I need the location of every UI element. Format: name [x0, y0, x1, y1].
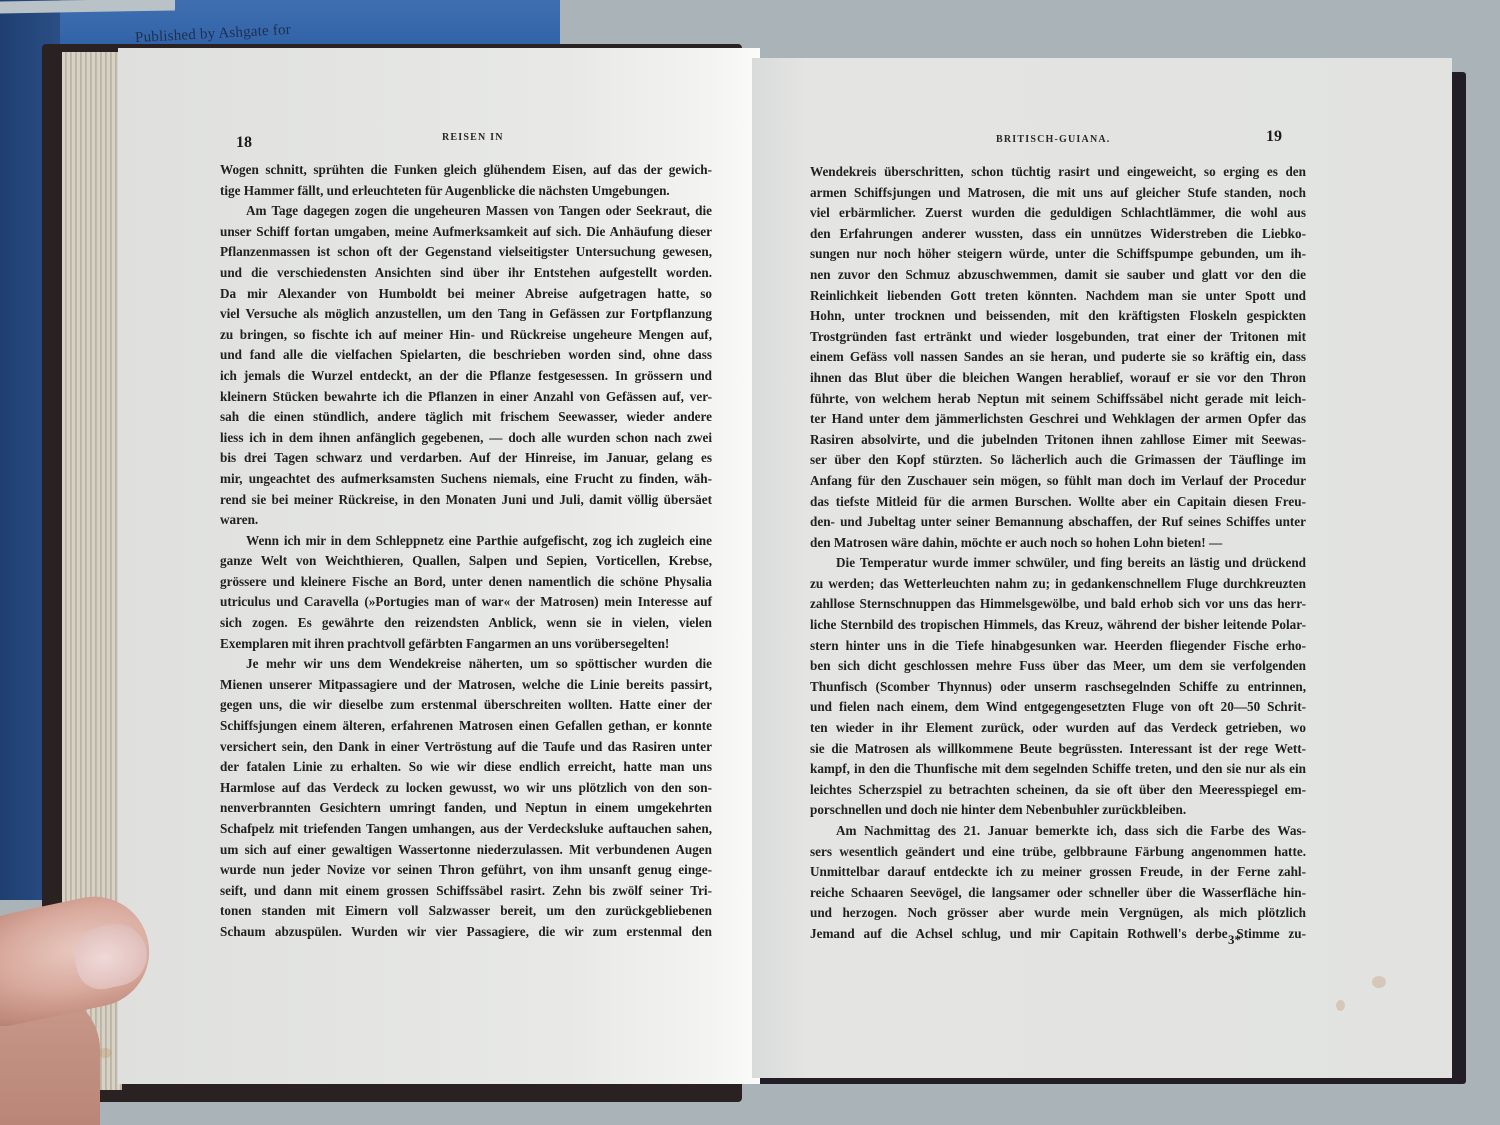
text-line: sah die einen stündlich, andere täglich … — [220, 407, 712, 428]
text-line: Die Temperatur wurde immer schwüler, und… — [810, 553, 1306, 574]
text-line: tige Hammer fällt, und erleuchteten für … — [220, 181, 712, 202]
text-line: den- und Jubeltag unter seiner Bemannung… — [810, 512, 1306, 533]
text-line: und fielen nach einem, dem Wind entgegen… — [810, 697, 1306, 718]
text-line: sie die Matrosen als willkommene Beute b… — [810, 739, 1306, 760]
text-line: kampf, in den die Thunfische mit dem seg… — [810, 759, 1306, 780]
text-line: nen zuvor den Schmuz abzuschwemmen, dami… — [810, 265, 1306, 286]
text-line: den Erfahrungen anderer wussten, dass ei… — [810, 224, 1306, 245]
text-line: tonen standen mit Eimern voll Salzwasser… — [220, 901, 712, 922]
text-line: sungen nur noch höher steigern würde, un… — [810, 244, 1306, 265]
text-line: liche Sternbild des tropischen Himmels, … — [810, 615, 1306, 636]
text-line: waren. — [220, 510, 712, 531]
text-line: der fatalen Linie zu erhalten. So wie wi… — [220, 757, 712, 778]
running-head: REISEN IN — [442, 132, 504, 143]
text-line: Reinlichkeit liebenden Gott treten könnt… — [810, 286, 1306, 307]
text-line: zahllose Sternschnuppen das Himmelsgewöl… — [810, 594, 1306, 615]
text-line: mir, ungeachtet des aufmerksamsten Suche… — [220, 469, 712, 490]
text-line: gegen uns, die wir dieselbe zum erstenma… — [220, 695, 712, 716]
text-line: leichtes Scherzspiel zu betrachten schei… — [810, 780, 1306, 801]
text-line: und die verschiedensten Ansichten sind ü… — [220, 263, 712, 284]
right-page-body-text: Wendekreis überschritten, schon tüchtig … — [810, 162, 1306, 945]
text-line: zu bringen, so fischte ich auf meiner Hi… — [220, 325, 712, 346]
text-line: kleinern Stücken bewahrte ich die Pflanz… — [220, 387, 712, 408]
left-page[interactable]: 18 REISEN IN Wogen schnitt, sprühten die… — [118, 48, 760, 1084]
text-line: Wendekreis überschritten, schon tüchtig … — [810, 162, 1306, 183]
text-line: ich jemals die Wurzel entdeckt, an der d… — [220, 366, 712, 387]
text-line: Schiffsjungen einem älteren, erfahrenen … — [220, 716, 712, 737]
text-line: Trostgründen fast ertränkt und wieder lo… — [810, 327, 1306, 348]
text-line: führte, von welchem herab Neptun mit sei… — [810, 389, 1306, 410]
text-line: Harmlose auf das Verdeck zu locken gewus… — [220, 778, 712, 799]
text-line: sich zogen. Es gewährte den reizendsten … — [220, 613, 712, 634]
text-line: utriculus und Caravella (»Portugies man … — [220, 592, 712, 613]
text-line: viel erbärmlicher. Zuerst wurden die ged… — [810, 203, 1306, 224]
text-line: ter Hand unter dem jämmerlichsten Geschr… — [810, 409, 1306, 430]
text-line: Wenn ich mir in dem Schleppnetz eine Par… — [220, 531, 712, 552]
text-line: ser über den Kopf stürzten. So lächerlic… — [810, 450, 1306, 471]
text-line: um sich auf einer gewaltigen Wassertonne… — [220, 840, 712, 861]
text-line: Thunfisch (Scomber Thynnus) oder unserm … — [810, 677, 1306, 698]
text-line: ihnen das Blut über die bleichen Wangen … — [810, 368, 1306, 389]
text-line: das tiefste Mitleid für die armen Bursch… — [810, 492, 1306, 513]
text-line: rend sie bei meiner Rückreise, in den Mo… — [220, 490, 712, 511]
text-line: Anfang für den Zuschauer sein mögen, so … — [810, 471, 1306, 492]
text-line: und herzogen. Noch grösser aber wurde me… — [810, 903, 1306, 924]
text-line: zu werden; das Wetterleuchten nahm zu; i… — [810, 574, 1306, 595]
page-number: 19 — [1266, 128, 1282, 146]
text-line: viel Versuche als möglich anzustellen, u… — [220, 304, 712, 325]
text-line: sers wesentlich geändert und eine trübe,… — [810, 842, 1306, 863]
signature-mark: 3* — [1228, 932, 1241, 948]
text-line: seift, und dann mit einem grossen Schiff… — [220, 881, 712, 902]
text-line: nenverbrannten Gesichtern umringt fanden… — [220, 798, 712, 819]
right-page[interactable]: BRITISCH-GUIANA. 19 Wendekreis überschri… — [752, 58, 1452, 1078]
text-line: Schaum abzuspülen. Wurden wir vier Passa… — [220, 922, 712, 943]
text-line: stern hinter uns in die Tiefe hinabgesun… — [810, 636, 1306, 657]
text-line: Je mehr wir uns dem Wendekreise näherten… — [220, 654, 712, 675]
text-line: einem Gefäss voll nassen Sandes an sie h… — [810, 347, 1306, 368]
paper-stain — [98, 1048, 112, 1058]
text-line: grössere und kleinere Fische an Bord, un… — [220, 572, 712, 593]
text-line: Unmittelbar darauf entdeckte ich zu mein… — [810, 862, 1306, 883]
running-head: BRITISCH-GUIANA. — [996, 134, 1111, 145]
text-line: unser Schiff fortan umgaben, meine Aufme… — [220, 222, 712, 243]
paper-stain — [1336, 1000, 1345, 1011]
text-line: ben sich dicht geschlossen mehre Fuss üb… — [810, 656, 1306, 677]
text-line: ten wieder in ihr Element zurück, oder w… — [810, 718, 1306, 739]
text-line: Exemplaren mit ihren prachtvoll gefärbte… — [220, 634, 712, 655]
text-line: Am Tage dagegen zogen die ungeheuren Mas… — [220, 201, 712, 222]
text-line: Schafpelz mit triefenden Tangen umhangen… — [220, 819, 712, 840]
text-line: Wogen schnitt, sprühten die Funken gleic… — [220, 160, 712, 181]
text-line: wurde nun jeder Novize vor seinen Thron … — [220, 860, 712, 881]
text-line: Pflanzenmassen ist schon oft der Gegenst… — [220, 242, 712, 263]
text-line: reiche Schaaren Seevögel, die langsamer … — [810, 883, 1306, 904]
text-line: bis drei Tagen schwarz und verdarben. Au… — [220, 448, 712, 469]
text-line: liess ich in dem ihnen anfänglich gegebe… — [220, 428, 712, 449]
text-line: versichert sein, den Dank in einer Vertr… — [220, 737, 712, 758]
left-page-body-text: Wogen schnitt, sprühten die Funken gleic… — [220, 160, 712, 943]
text-line: ganze Welt von Weichthieren, Quallen, Sa… — [220, 551, 712, 572]
paper-stain — [1372, 976, 1386, 988]
text-line: armen Schiffsjungen und Matrosen, die mi… — [810, 183, 1306, 204]
text-line: Mienen unserer Mitpassagiere und der Mat… — [220, 675, 712, 696]
page-number: 18 — [236, 134, 252, 152]
text-line: Am Nachmittag des 21. Januar bemerkte ic… — [810, 821, 1306, 842]
text-line: den Matrosen wäre dahin, möchte er auch … — [810, 533, 1306, 554]
text-line: und fand alle die vielfachen Spielarten,… — [220, 345, 712, 366]
text-line: Rasiren absolvirte, und die jubelnden Tr… — [810, 430, 1306, 451]
text-line: Da mir Alexander von Humboldt bei meiner… — [220, 284, 712, 305]
text-line: porschnellen und doch nie hinter dem Neb… — [810, 800, 1306, 821]
text-line: Hohn, unter trocknen und beissenden, mit… — [810, 306, 1306, 327]
